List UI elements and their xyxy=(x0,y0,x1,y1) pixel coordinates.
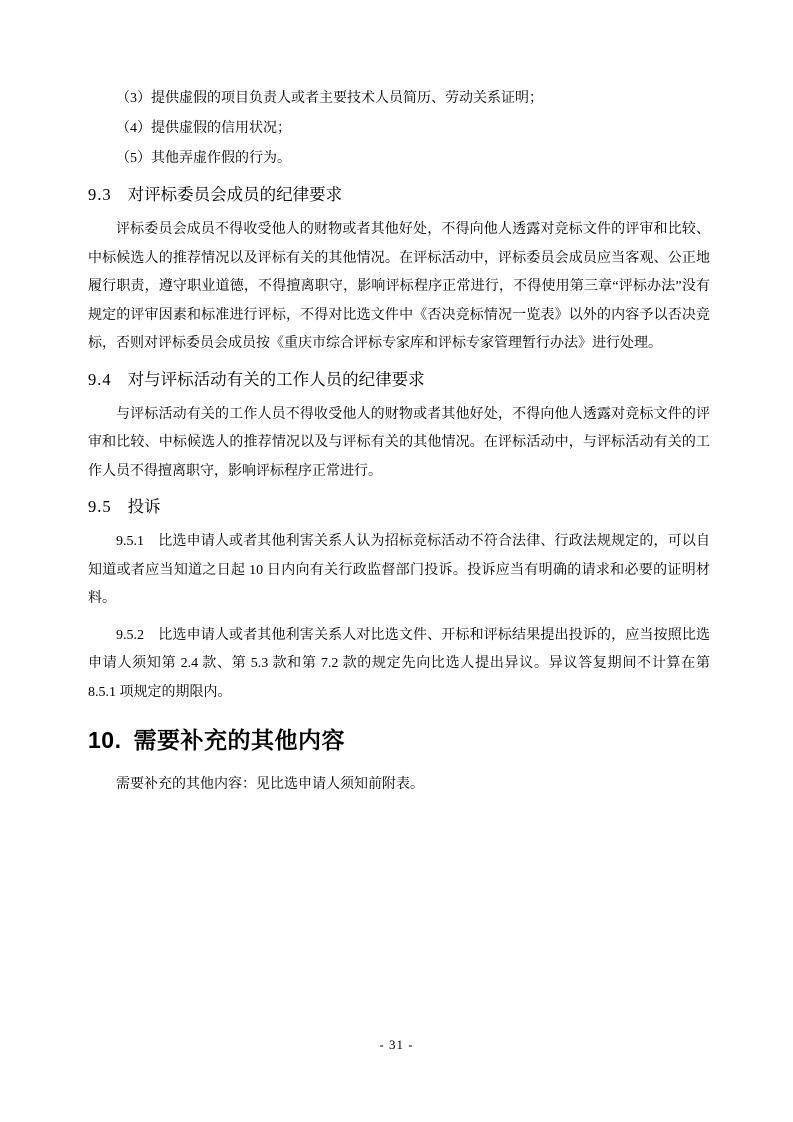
document-content: （3）提供虚假的项目负责人或者主要技术人员简历、劳动关系证明； （4）提供虚假的… xyxy=(88,84,710,810)
list-item-3: （3）提供虚假的项目负责人或者主要技术人员简历、劳动关系证明； xyxy=(88,84,710,114)
list-item-4: （4）提供虚假的信用状况； xyxy=(88,114,710,144)
chapter-10-paragraph: 需要补充的其他内容：见比选申请人须知前附表。 xyxy=(88,771,710,800)
section-9-4-title: 对与评标活动有关的工作人员的纪律要求 xyxy=(128,370,425,389)
section-9-4-paragraph: 与评标活动有关的工作人员不得收受他人的财物或者其他好处，不得向他人透露对竞标文件… xyxy=(88,401,710,487)
section-9-3-number: 9.3 xyxy=(88,183,112,207)
section-9-3-paragraph: 评标委员会成员不得收受他人的财物或者其他好处，不得向他人透露对竞标文件的评审和比… xyxy=(88,216,710,359)
section-9-4-number: 9.4 xyxy=(88,368,112,392)
chapter-10-number: 10. xyxy=(88,725,121,755)
page-number: - 31 - xyxy=(0,1037,793,1053)
paragraph-9-5-1: 9.5.1 比选申请人或者其他利害关系人认为招标竞标活动不符合法律、行政法规规定… xyxy=(88,528,710,614)
list-item-5: （5）其他弄虚作假的行为。 xyxy=(88,144,710,174)
section-9-3-title: 对评标委员会成员的纪律要求 xyxy=(128,185,343,204)
section-9-4-heading: 9.4对与评标活动有关的工作人员的纪律要求 xyxy=(88,368,710,392)
paragraph-9-5-2: 9.5.2 比选申请人或者其他利害关系人对比选文件、开标和评标结果提出投诉的，应… xyxy=(88,622,710,708)
section-9-5-number: 9.5 xyxy=(88,495,112,519)
chapter-10-title: 需要补充的其他内容 xyxy=(133,727,345,753)
section-9-5-heading: 9.5投诉 xyxy=(88,495,710,519)
document-page: （3）提供虚假的项目负责人或者主要技术人员简历、劳动关系证明； （4）提供虚假的… xyxy=(0,0,793,1122)
section-9-3-heading: 9.3对评标委员会成员的纪律要求 xyxy=(88,183,710,207)
section-9-5-title: 投诉 xyxy=(128,497,161,516)
chapter-10-heading: 10.需要补充的其他内容 xyxy=(88,725,710,755)
